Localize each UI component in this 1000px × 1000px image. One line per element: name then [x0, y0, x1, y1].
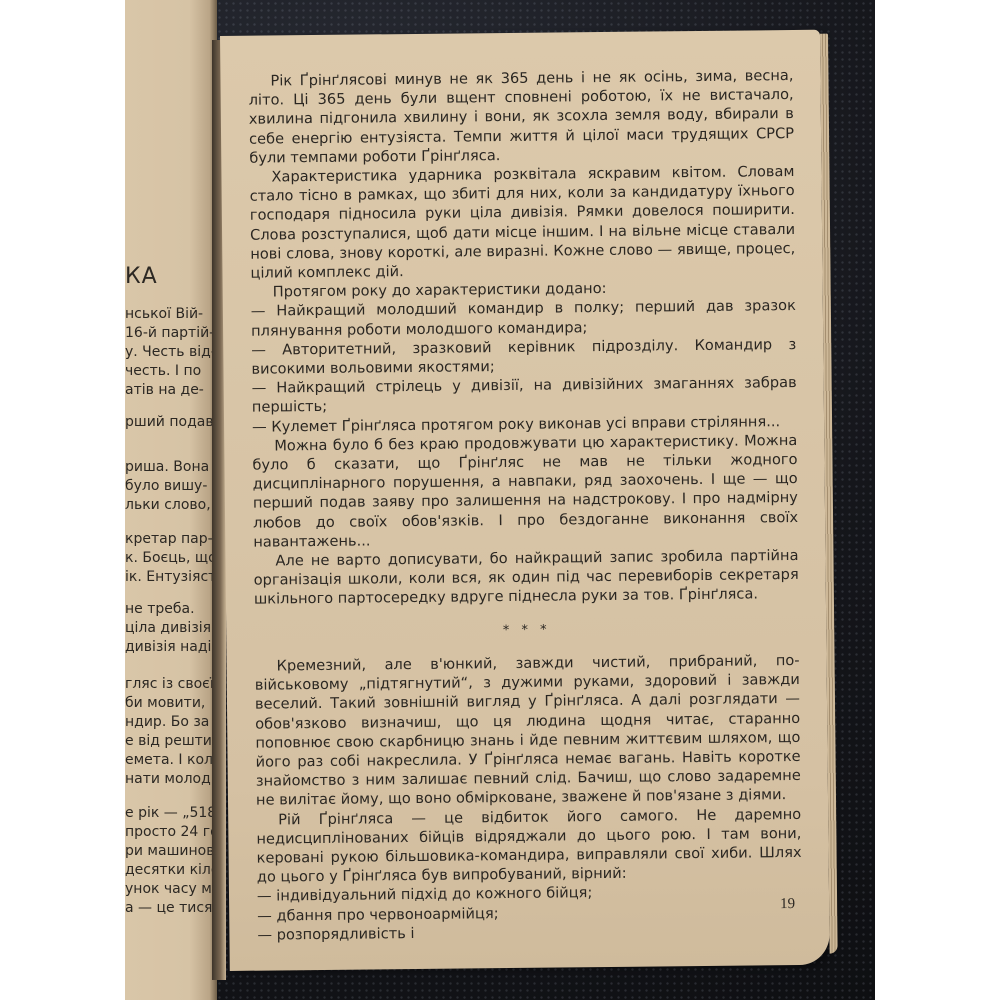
paragraph: Рій Ґрінґляса — це відбиток його самого.…	[256, 804, 802, 887]
paragraph: Характеристика ударника розквітала яскра…	[249, 162, 795, 283]
left-page-line: ндир. Бо за	[125, 713, 209, 732]
left-page-line: не треба.	[125, 600, 195, 619]
left-page-line: ри машинові	[125, 842, 217, 861]
left-page-line: унок часу ми	[125, 880, 217, 899]
left-page-line: атів на де-	[125, 381, 204, 400]
section-separator: * * *	[254, 618, 799, 643]
paragraph: Але не варто дописувати, бо найкращий за…	[253, 546, 799, 609]
left-page-line: нати молодих	[125, 770, 217, 789]
paragraph: Рік Ґрінґлясові минув не як 365 день і н…	[248, 66, 794, 168]
left-page-line: е рік — „518“	[125, 804, 217, 823]
left-page-line: би мовити,	[125, 694, 205, 713]
left-page-line: емета. І коло	[125, 751, 217, 770]
paragraph: Кремезний, але в'юнкий, завжди чистий, п…	[255, 651, 802, 810]
left-page-line: ік. Ентузіяст.	[125, 568, 217, 587]
left-page-line: кретар пар-	[125, 530, 213, 549]
left-page-line: ціла дивізія	[125, 619, 211, 638]
left-page-line: дивізія наді-	[125, 638, 216, 657]
left-page: КА нської Вій-16-й партій-у. Честь від-ч…	[125, 0, 217, 1000]
left-page-line: 16-й партій-	[125, 324, 214, 343]
left-page-line: е від решти	[125, 732, 212, 751]
left-page-line: льки слово,	[125, 496, 211, 515]
paragraph: Можна було б без краю продовжувати цю ха…	[252, 431, 798, 552]
page-number: 19	[780, 896, 795, 913]
left-page-line: гляс із своєї	[125, 675, 214, 694]
right-page: Рік Ґрінґлясові минув не як 365 день і н…	[220, 30, 830, 971]
text-section-top: Рік Ґрінґлясові минув не як 365 день і н…	[248, 66, 799, 609]
list-item: — Найкращий молодший командир в полку; п…	[251, 296, 796, 340]
left-page-line: було вишу-	[125, 477, 207, 496]
left-page-line: к. Боєць, що	[125, 549, 217, 568]
left-page-line: просто 24 го	[125, 823, 217, 842]
left-page-line: честь. І по	[125, 362, 201, 381]
text-section-bottom: Кремезний, але в'юнкий, завжди чистий, п…	[255, 651, 803, 945]
list-item: — Найкращий стрілець у дивізії, на дивіз…	[252, 373, 797, 417]
left-page-line: десятки кіло-	[125, 861, 217, 880]
list-item: — Авторитетний, зразковий керівник підро…	[251, 335, 796, 379]
left-page-line: рший подав	[125, 413, 214, 432]
left-page-line: риша. Вона	[125, 458, 209, 477]
left-page-line: у. Честь від-	[125, 343, 216, 362]
left-page-heading-fragment: КА	[125, 264, 158, 289]
right-page-text: Рік Ґрінґлясові минув не як 365 день і н…	[248, 66, 802, 945]
left-page-line: нської Вій-	[125, 305, 203, 324]
left-page-line: а — це тисячі	[125, 899, 217, 918]
